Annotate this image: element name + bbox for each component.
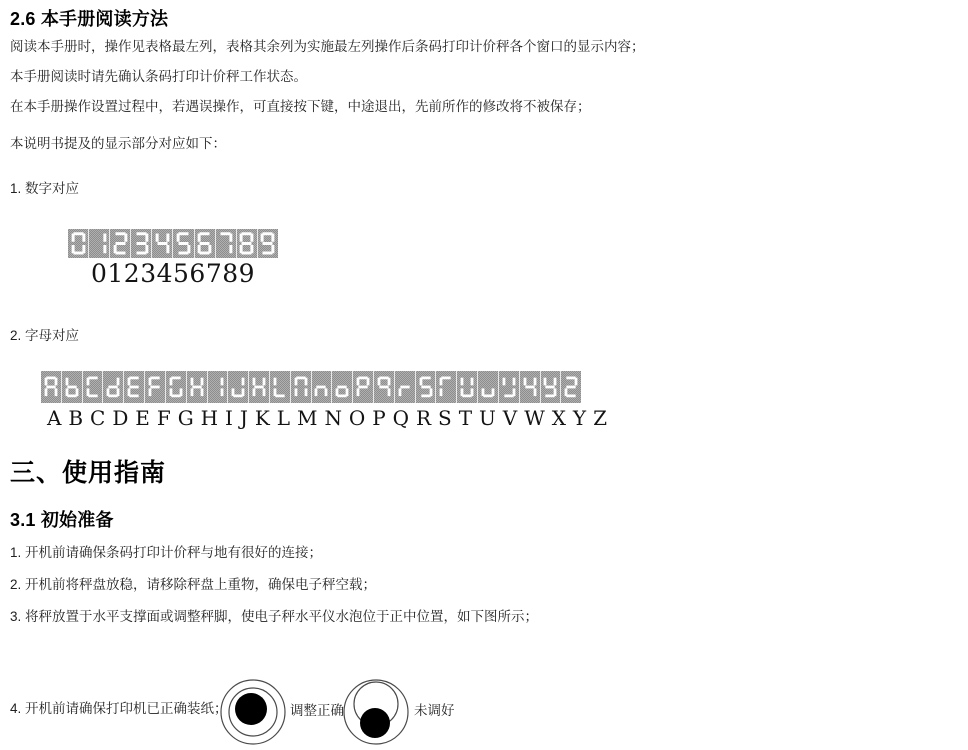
lcd-char-w — [499, 371, 519, 403]
section-3-heading: 三、使用指南 — [10, 453, 166, 489]
lcd-char-c — [83, 371, 103, 403]
section-2-6-heading: 2.6 本手册阅读方法 — [10, 5, 168, 31]
lcd-char-l — [270, 371, 290, 403]
lcd-char-t — [436, 371, 456, 403]
letter-mapping-label: 2. 字母对应 — [10, 328, 79, 343]
paragraph-wrong-operation: 在本手册操作设置过程中，若遇误操作，可直接按下键，中途退出，先前所作的修改将不被… — [10, 99, 591, 114]
level-bubble-wrong-image — [342, 678, 412, 748]
letter-print-text: A B C D E F G H I J K L M N O P Q R S T … — [47, 406, 607, 430]
lcd-char-4 — [152, 229, 172, 258]
paragraph-confirm-status: 本手册阅读时请先确认条码打印计价秤工作状态。 — [10, 69, 307, 84]
lcd-char-n — [312, 371, 332, 403]
manual-page: 2.6 本手册阅读方法 阅读本手册时，操作见表格最左列，表格其余列为实施最左列操… — [0, 0, 968, 750]
level-wrong-label: 未调好 — [414, 703, 455, 718]
lcd-char-k — [249, 371, 269, 403]
lcd-char-i — [208, 371, 228, 403]
level-bubble-correct-image — [218, 678, 288, 748]
lcd-char-r — [395, 371, 415, 403]
lcd-char-z — [561, 371, 581, 403]
lcd-char-6 — [195, 229, 215, 258]
digit-lcd-display-image — [68, 229, 278, 258]
lcd-char-m — [291, 371, 311, 403]
step-4-printer-paper: 4. 开机前请确保打印机已正确装纸； — [10, 701, 228, 716]
lcd-char-f — [145, 371, 165, 403]
digit-mapping-label: 1. 数字对应 — [10, 181, 79, 196]
lcd-char-y — [541, 371, 561, 403]
lcd-char-u — [457, 371, 477, 403]
step-1-ground-connection: 1. 开机前请确保条码打印计价秤与地有很好的连接； — [10, 545, 322, 560]
lcd-char-0 — [68, 229, 88, 258]
lcd-char-h — [187, 371, 207, 403]
lcd-char-8 — [237, 229, 257, 258]
lcd-char-9 — [258, 229, 278, 258]
step-2-empty-platter: 2. 开机前将秤盘放稳，请移除秤盘上重物，确保电子秤空载； — [10, 577, 376, 592]
lcd-char-o — [332, 371, 352, 403]
lcd-char-x — [520, 371, 540, 403]
lcd-char-7 — [216, 229, 236, 258]
lcd-char-b — [62, 371, 82, 403]
lcd-char-p — [353, 371, 373, 403]
section-3-1-heading: 3.1 初始准备 — [10, 506, 114, 532]
lcd-char-2 — [110, 229, 130, 258]
step-3-level-adjust: 3. 将秤放置于水平支撑面或调整秤脚，使电子秤水平仪水泡位于正中位置，如下图所示… — [10, 609, 538, 624]
lcd-char-g — [166, 371, 186, 403]
level-correct-label: 调整正确 — [290, 703, 344, 718]
lcd-char-3 — [131, 229, 151, 258]
paragraph-display-mapping-intro: 本说明书提及的显示部分对应如下： — [10, 136, 226, 151]
lcd-char-1 — [89, 229, 109, 258]
lcd-char-a — [41, 371, 61, 403]
lcd-char-5 — [173, 229, 193, 258]
lcd-char-s — [416, 371, 436, 403]
lcd-char-q — [374, 371, 394, 403]
paragraph-reading-method: 阅读本手册时，操作见表格最左列，表格其余列为实施最左列操作后条码打印计价秤各个窗… — [10, 39, 645, 54]
lcd-char-v — [478, 371, 498, 403]
lcd-char-d — [103, 371, 123, 403]
digit-print-text: 0123456789 — [91, 259, 255, 288]
lcd-char-e — [124, 371, 144, 403]
lcd-char-j — [228, 371, 248, 403]
letter-lcd-display-image — [41, 371, 581, 403]
